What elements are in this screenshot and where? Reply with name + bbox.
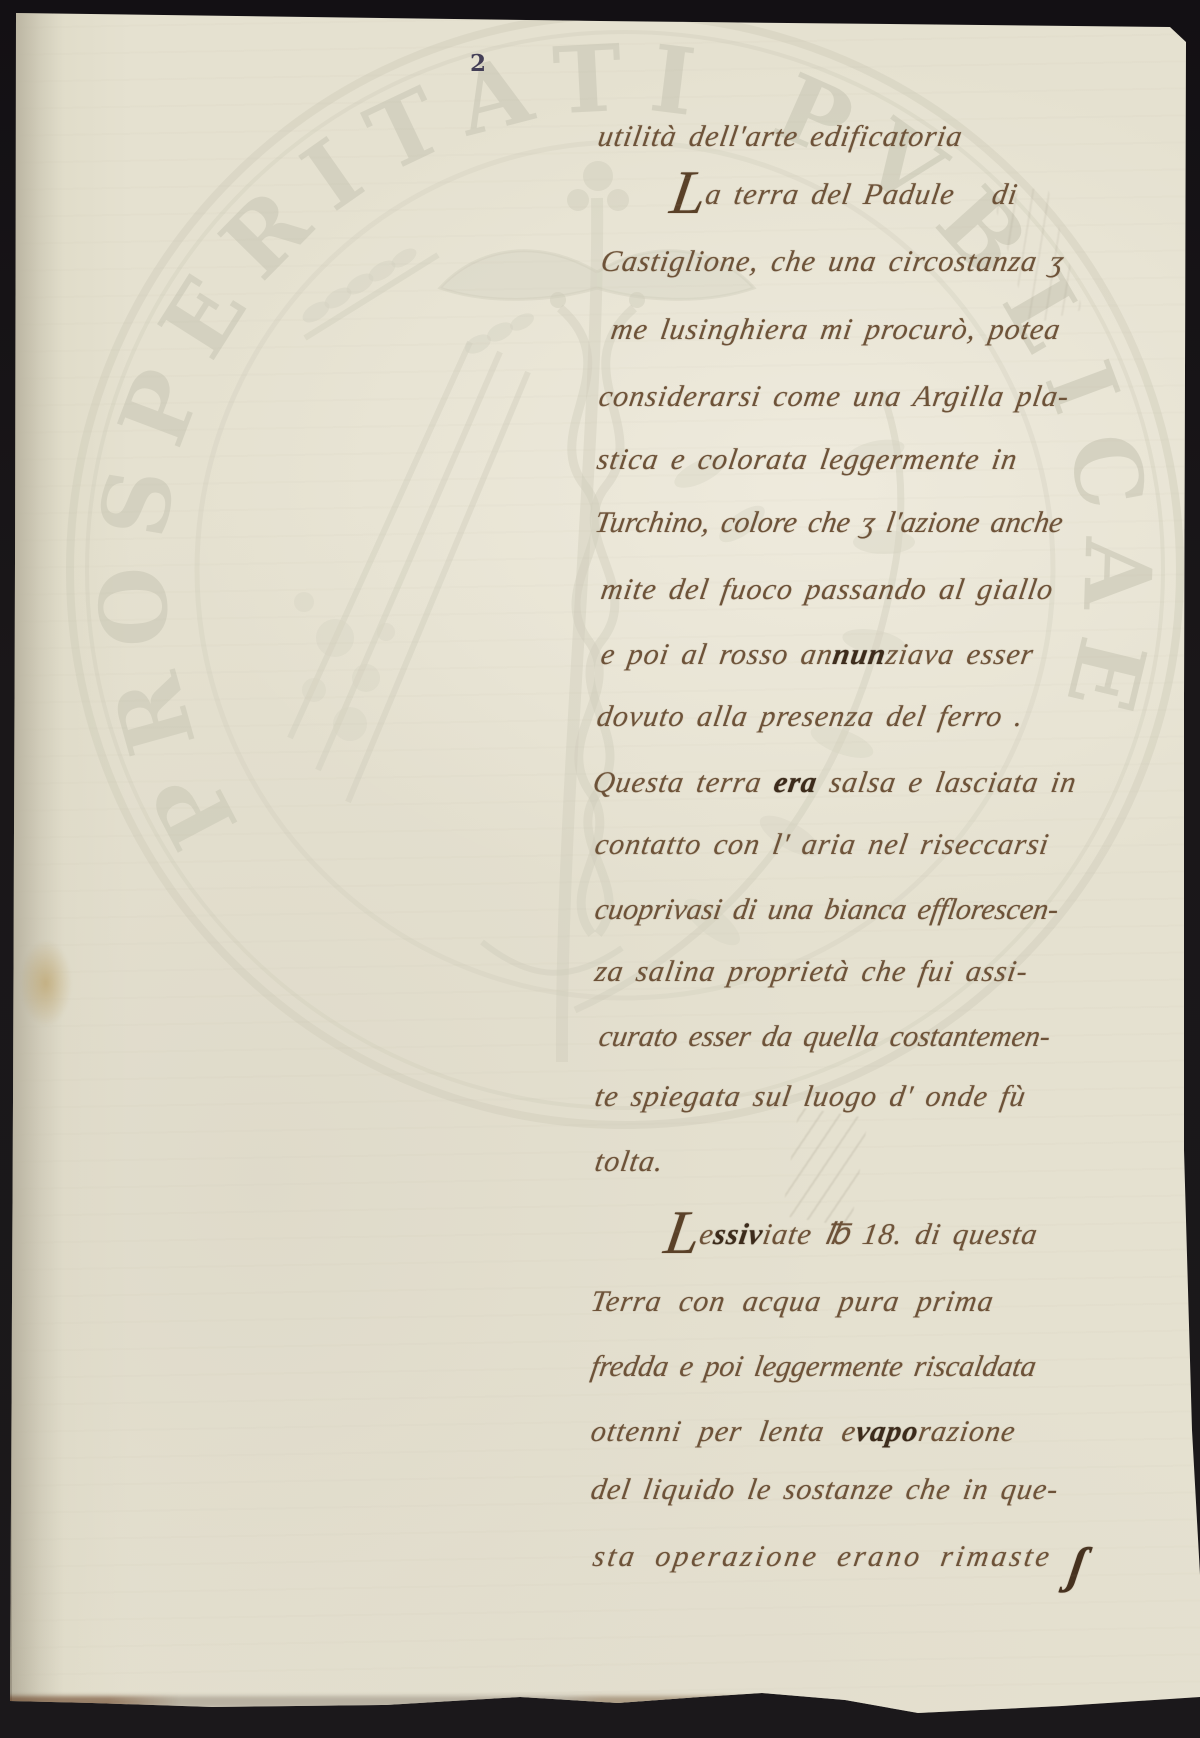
handwritten-text-block: utilità dell'arte edificatoriaLa terra d… bbox=[0, 0, 1200, 1738]
manuscript-page: PROSPERITATI PVBLICAE bbox=[0, 0, 1200, 1738]
text-segment: sta operazione erano rimaste bbox=[591, 1540, 1074, 1573]
text-segment: Terra con acqua pura prima bbox=[589, 1285, 997, 1318]
text-segment: cuoprivasi di una bianca efflorescen- bbox=[593, 893, 1061, 926]
text-line: fredda e poi leggermente riscaldata bbox=[588, 1347, 1039, 1387]
text-line: Questa terra era salsa e lasciata in bbox=[590, 763, 1080, 803]
text-line: sta operazione erano rimaste ʃ bbox=[590, 1537, 1090, 1577]
text-line: mite del fuoco passando al giallo bbox=[598, 570, 1056, 610]
text-line: tolta. bbox=[592, 1142, 667, 1182]
text-line: me lusinghiera mi procurò, potea bbox=[608, 310, 1064, 350]
text-segment: ottenni per lenta e bbox=[589, 1415, 859, 1448]
text-line: e poi al rosso annunziava esser bbox=[598, 635, 1037, 675]
text-line: considerarsi come una Argilla pla- bbox=[596, 377, 1072, 417]
text-line: Terra con acqua pura prima bbox=[588, 1282, 997, 1322]
text-line: te spiegata sul luogo d' onde fù bbox=[592, 1077, 1029, 1117]
text-segment: salsa e lasciata in bbox=[815, 766, 1080, 799]
text-segment: Turchino, colore che ʒ l'azione anche bbox=[593, 506, 1066, 539]
text-segment: tolta. bbox=[593, 1145, 667, 1178]
text-segment: Questa terra bbox=[591, 766, 777, 799]
text-line: cuoprivasi di una bianca efflorescen- bbox=[592, 890, 1061, 930]
text-segment: fredda e poi leggermente riscaldata bbox=[589, 1350, 1039, 1383]
text-line: Turchino, colore che ʒ l'azione anche bbox=[592, 503, 1066, 543]
text-line: La terra del Padule di bbox=[668, 175, 1021, 215]
text-line: utilità dell'arte edificatoria bbox=[595, 117, 966, 157]
page-edge bbox=[0, 0, 9, 1738]
text-line: Castiglione, che una circostanza ʒ bbox=[598, 242, 1067, 282]
text-line: curato esser da quella costantemen- bbox=[596, 1017, 1053, 1057]
text-segment: mite del fuoco passando al giallo bbox=[599, 573, 1056, 606]
text-segment: vapo bbox=[854, 1415, 922, 1448]
text-line: dovuto alla presenza del ferro . bbox=[594, 697, 1027, 737]
text-segment: stica e colorata leggermente in bbox=[595, 443, 1020, 476]
text-segment: e poi al rosso an bbox=[599, 638, 836, 671]
text-segment: Castiglione, che una circostanza ʒ bbox=[599, 245, 1067, 278]
text-line: za salina proprietà che fui assi- bbox=[592, 952, 1031, 992]
text-segment: za salina proprietà che fui assi- bbox=[593, 955, 1031, 988]
text-line: Lessiviate ℔ 18. di questa bbox=[662, 1215, 1041, 1255]
text-segment: era bbox=[772, 766, 820, 799]
text-line: contatto con l' aria nel riseccarsi bbox=[592, 825, 1052, 865]
text-segment: nun bbox=[831, 638, 889, 671]
text-segment: a terra del Padule di bbox=[703, 178, 1020, 211]
text-segment: ziava esser bbox=[884, 638, 1037, 671]
text-segment: contatto con l' aria nel riseccarsi bbox=[593, 828, 1052, 861]
scan-background: PROSPERITATI PVBLICAE bbox=[0, 0, 1200, 1738]
text-segment: iate ℔ 18. di questa bbox=[760, 1218, 1040, 1251]
text-segment: dovuto alla presenza del ferro . bbox=[595, 700, 1027, 733]
text-segment: curato esser da quella costantemen- bbox=[597, 1020, 1053, 1053]
text-segment: te spiegata sul luogo d' onde fù bbox=[593, 1080, 1029, 1113]
text-segment: del liquido le sostanze che in que- bbox=[589, 1473, 1061, 1506]
text-line: ottenni per lenta evaporazione bbox=[588, 1412, 1019, 1452]
text-line: stica e colorata leggermente in bbox=[594, 440, 1021, 480]
text-segment: razione bbox=[916, 1415, 1018, 1448]
text-segment: considerarsi come una Argilla pla- bbox=[597, 380, 1072, 413]
text-segment: me lusinghiera mi procurò, potea bbox=[609, 313, 1064, 346]
text-segment: utilità dell'arte edificatoria bbox=[596, 120, 966, 153]
text-line: del liquido le sostanze che in que- bbox=[588, 1470, 1062, 1510]
text-segment: ssiv bbox=[711, 1218, 765, 1251]
